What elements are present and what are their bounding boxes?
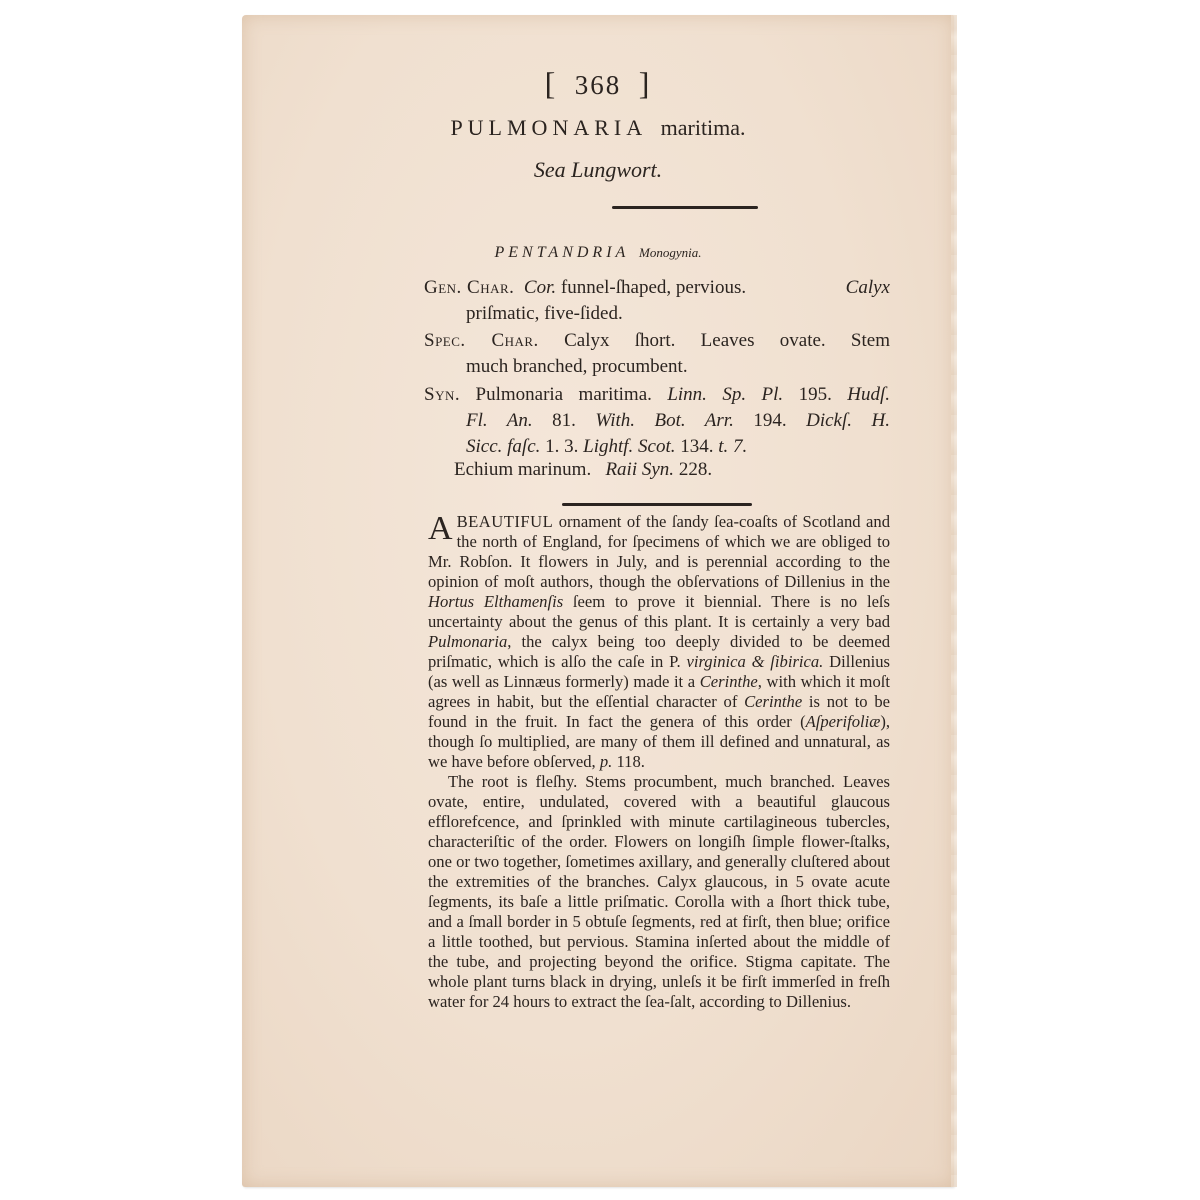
syn-ref-num: 81.	[533, 410, 596, 431]
echium-ref-num: 228.	[674, 459, 712, 480]
syn-name: Pulmonaria maritima.	[460, 384, 667, 405]
specific-character: Spec. Char. Calyx ſhort. Leaves ovate. S…	[424, 328, 890, 380]
syn-ref-tab: t. 7.	[718, 436, 747, 457]
spec-char-text: Calyx ſhort. Leaves ovate. Stem	[564, 330, 890, 351]
syn-ref-num: 195.	[783, 384, 847, 405]
syn-ref-num: 194.	[734, 410, 806, 431]
title-species: maritima.	[661, 115, 746, 140]
class-name: PENTANDRIA	[494, 244, 629, 261]
italic-run: Cerinthe	[700, 672, 758, 691]
italic-run: virginica & ſibirica.	[686, 652, 823, 671]
syn-ref-linn: Linn. Sp. Pl.	[667, 384, 783, 405]
divider-rule-top	[612, 206, 758, 209]
echium-ref: Raii Syn.	[605, 459, 674, 480]
paragraph-1: A BEAUTIFUL ornament of the ſandy ſea-co…	[428, 512, 890, 772]
page-title: PULMONARIA maritima.	[242, 115, 954, 141]
gen-char-italic: Cor.	[524, 277, 556, 298]
syn-ref-huds: Hudſ.	[847, 384, 890, 405]
gen-char-text: funnel-ſhaped, pervious.	[556, 277, 746, 298]
syn-ref-num: 134.	[676, 436, 719, 457]
syn-ref-lightf: Lightf. Scot.	[583, 436, 675, 457]
italic-run: p.	[600, 752, 612, 771]
syn-ref-dicks: Dickſ. H.	[806, 410, 890, 431]
italic-run: Aſperifoliæ	[806, 712, 881, 731]
syn-ref-with: With. Bot. Arr.	[595, 410, 733, 431]
text-run: 118.	[612, 752, 645, 771]
gen-char-label: Gen. Char.	[424, 277, 514, 298]
drop-cap: A	[428, 517, 453, 541]
syn-ref-num: 1. 3.	[540, 436, 583, 457]
title-genus: PULMONARIA	[450, 115, 647, 140]
paragraph-2: The root is fleſhy. Stems procumbent, mu…	[428, 772, 890, 1012]
common-name: Sea Lungwort.	[242, 157, 954, 183]
generic-character: Gen. Char. Cor. funnel-ſhaped, pervious.…	[424, 275, 890, 327]
order-name: Monogynia.	[639, 245, 701, 260]
gen-char-italic-calyx: Calyx	[846, 275, 890, 301]
divider-rule-bottom	[562, 503, 752, 506]
bracket-open: [	[545, 65, 558, 101]
page-number-value: 368	[575, 70, 622, 100]
italic-run: Pulmonaria	[428, 632, 507, 651]
book-page: [ 368 ] PULMONARIA maritima. Sea Lungwor…	[242, 15, 954, 1187]
body-text: A BEAUTIFUL ornament of the ſandy ſea-co…	[428, 512, 890, 1012]
echium-name: Echium marinum.	[454, 459, 596, 480]
echium-synonym: Echium marinum. Raii Syn. 228.	[454, 459, 712, 481]
italic-run: Cerinthe	[744, 692, 802, 711]
page-number: [ 368 ]	[242, 65, 954, 102]
lead-caps: BEAUTIFUL	[457, 512, 554, 531]
syn-ref-fl-an: Fl. An.	[466, 410, 533, 431]
gen-char-continuation: priſmatic, five-ſided.	[424, 301, 890, 327]
spec-char-continuation: much branched, procumbent.	[424, 354, 890, 380]
bracket-close: ]	[639, 65, 652, 101]
syn-ref-sicc: Sicc. faſc.	[466, 436, 540, 457]
classification: PENTANDRIA Monogynia.	[242, 244, 954, 262]
synonyms: Syn. Pulmonaria maritima. Linn. Sp. Pl. …	[424, 382, 890, 460]
syn-label: Syn.	[424, 384, 460, 405]
spec-char-label: Spec. Char.	[424, 330, 539, 351]
italic-run: Hortus Elthamenſis	[428, 592, 563, 611]
